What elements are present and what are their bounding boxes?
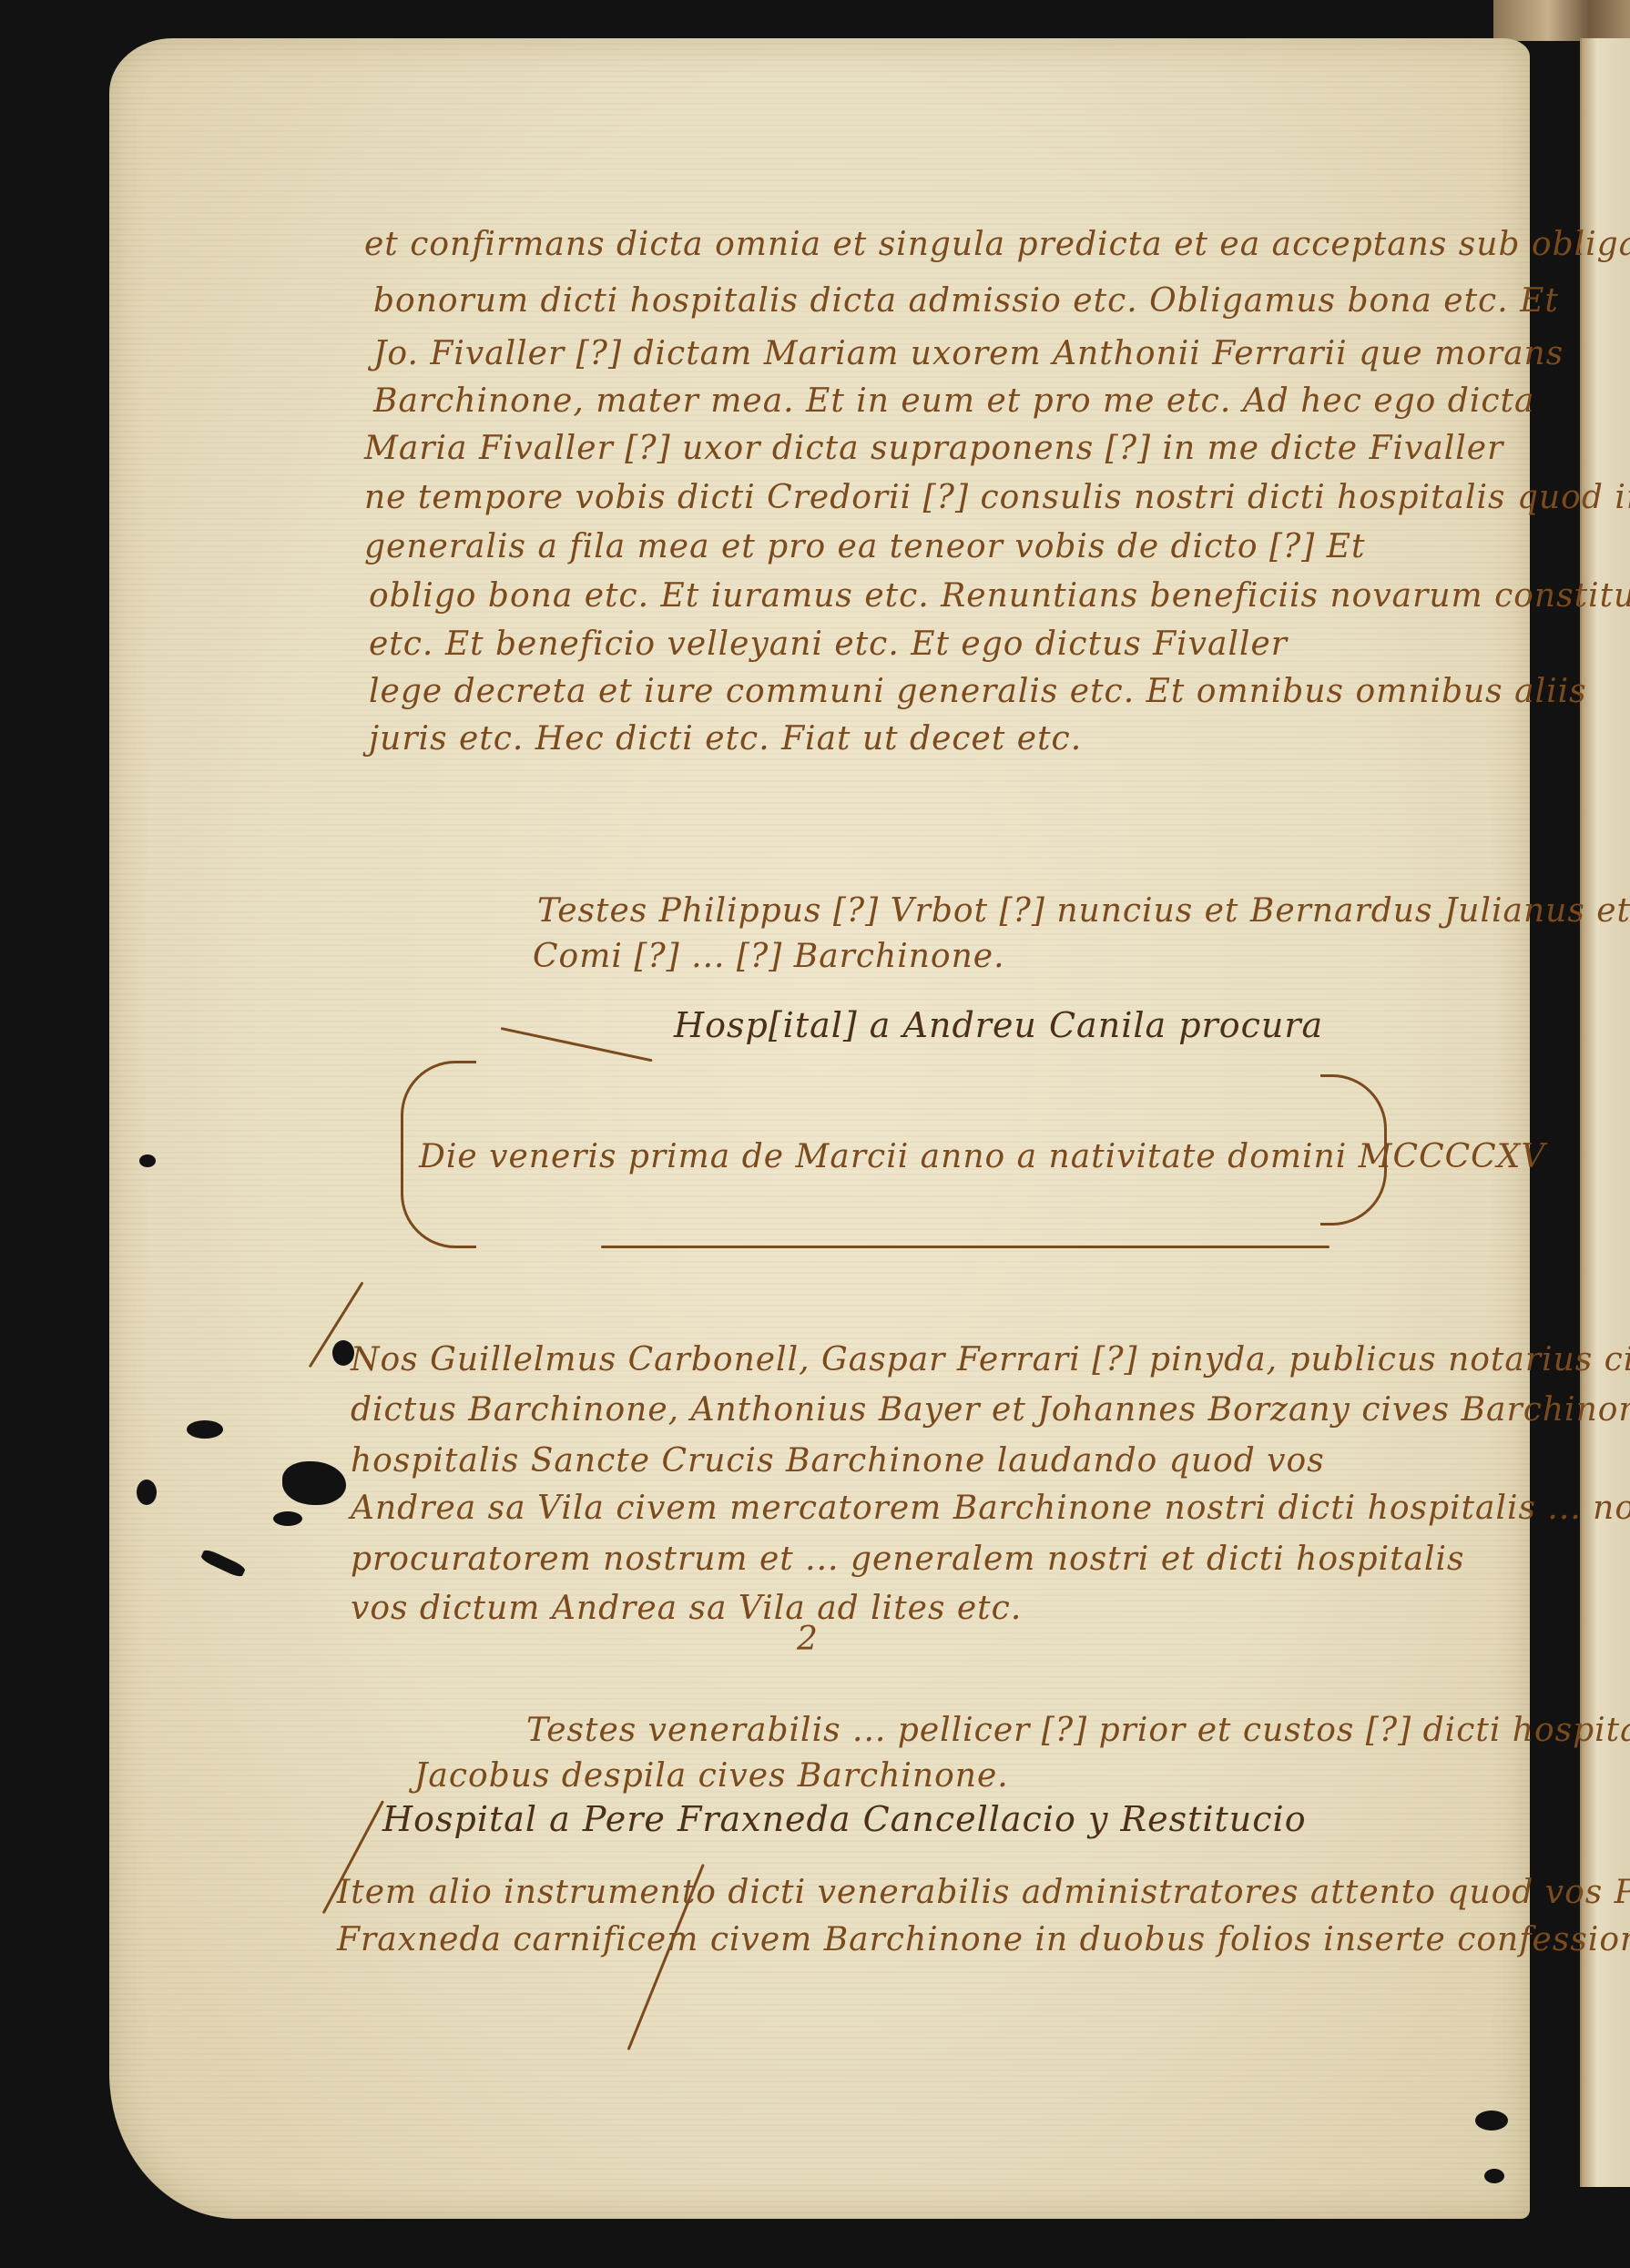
text-line: obligo bona etc. Et iuramus etc. Renunti… bbox=[369, 577, 1630, 615]
text-line: et confirmans dicta omnia et singula pre… bbox=[364, 226, 1630, 263]
witness-line: Comi [?] ... [?] Barchinone. bbox=[533, 938, 1005, 975]
date-underline bbox=[601, 1246, 1329, 1248]
date-entry: Die veneris prima de Marcii anno a nativ… bbox=[419, 1138, 1545, 1175]
text-line: Andrea sa Vila civem mercatorem Barchino… bbox=[351, 1490, 1630, 1527]
text-line: Barchinone, mater mea. Et in eum et pro … bbox=[373, 382, 1534, 420]
text-line: Item alio instrumento dicti venerabilis … bbox=[337, 1874, 1630, 1911]
witness-line: Testes venerabilis ... pellicer [?] prio… bbox=[526, 1712, 1630, 1749]
text-line: juris etc. Hec dicti etc. Fiat ut decet … bbox=[369, 720, 1082, 758]
text-line: Fraxneda carnificem civem Barchinone in … bbox=[337, 1921, 1630, 1958]
paper-hole bbox=[187, 1420, 223, 1439]
text-line: procuratorem nostrum et ... generalem no… bbox=[351, 1541, 1465, 1578]
text-line: etc. Et beneficio velleyani etc. Et ego … bbox=[369, 625, 1288, 663]
footnote-mark: 2 bbox=[797, 1621, 819, 1658]
paper-hole bbox=[273, 1511, 302, 1526]
witness-line: Testes Philippus [?] Vrbot [?] nuncius e… bbox=[537, 892, 1630, 930]
text-line: lege decreta et iure communi generalis e… bbox=[369, 673, 1587, 710]
text-line: vos dictum Andrea sa Vila ad lites etc. bbox=[351, 1590, 1022, 1627]
text-line: hospitalis Sancte Crucis Barchinone laud… bbox=[351, 1442, 1325, 1480]
witness-line: Jacobus despila cives Barchinone. bbox=[414, 1757, 1009, 1795]
book-binding-edge bbox=[1493, 0, 1630, 41]
text-line: bonorum dicti hospitalis dicta admissio … bbox=[373, 282, 1559, 320]
text-line: dictus Barchinone, Anthonius Bayer et Jo… bbox=[351, 1391, 1630, 1429]
text-line: Nos Guillelmus Carbonell, Gaspar Ferrari… bbox=[351, 1341, 1630, 1378]
text-line: generalis a fila mea et pro ea teneor vo… bbox=[364, 528, 1366, 565]
text-line: Jo. Fivaller [?] dictam Mariam uxorem An… bbox=[373, 335, 1564, 372]
text-line: Maria Fivaller [?] uxor dicta supraponen… bbox=[364, 430, 1503, 467]
paper-hole bbox=[139, 1154, 156, 1167]
paper-hole bbox=[1475, 2110, 1508, 2131]
marginal-note: Hospital a Pere Fraxneda Cancellacio y R… bbox=[382, 1799, 1307, 1839]
paper-hole bbox=[137, 1480, 157, 1505]
paper-hole bbox=[1484, 2169, 1504, 2183]
text-line: ne tempore vobis dicti Credorii [?] cons… bbox=[364, 479, 1630, 516]
next-page-edge bbox=[1580, 38, 1630, 2187]
marginal-note: Hosp[ital] a Andreu Canila procura bbox=[674, 1005, 1323, 1045]
